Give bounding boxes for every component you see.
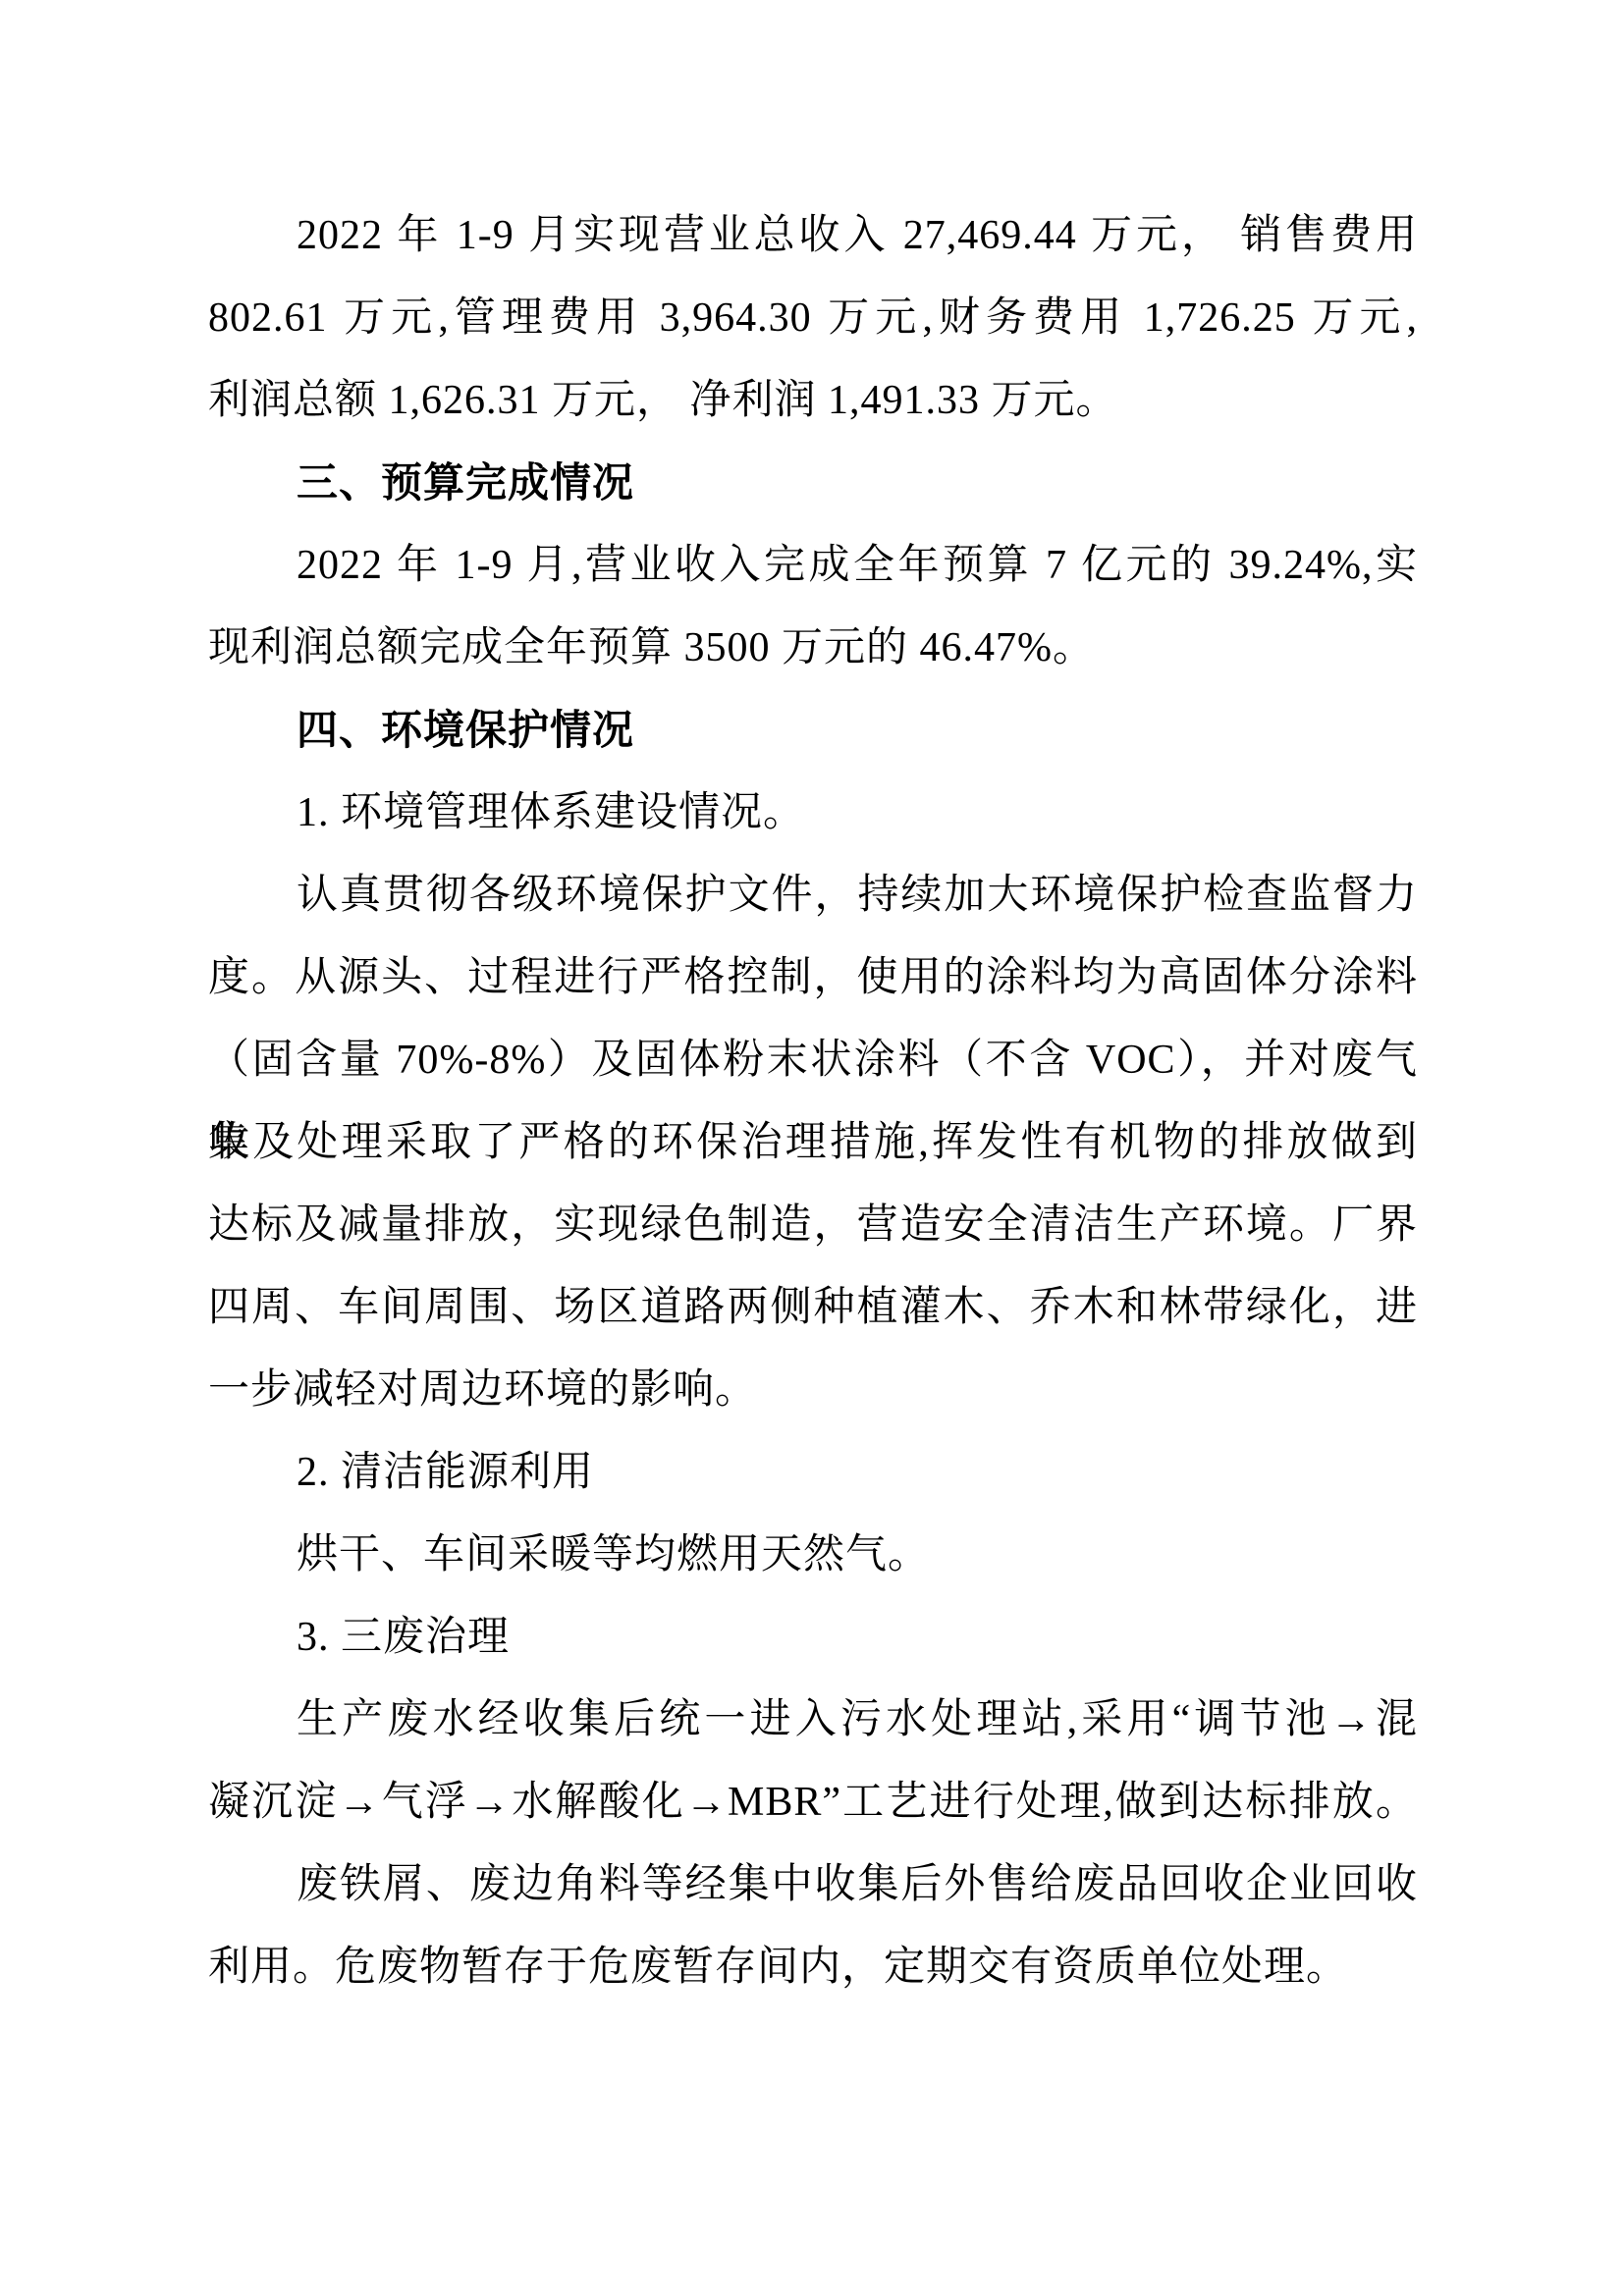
text-line: 802.61 万元,管理费用 3,964.30 万元,财务费用 1,726.25… xyxy=(208,277,1418,359)
text-line: 烘干、车间采暖等均燃用天然气。 xyxy=(208,1514,1418,1596)
section-heading: 四、环境保护情况 xyxy=(208,689,1418,772)
document-page: 2022 年 1-9 月实现营业总收入 27,469.44 万元， 销售费用80… xyxy=(0,0,1624,2296)
text-line: 达标及减量排放，实现绿色制造，营造安全清洁生产环境。厂界 xyxy=(208,1184,1418,1266)
text-line: 3. 三废治理 xyxy=(208,1596,1418,1679)
text-line: 利润总额 1,626.31 万元， 净利润 1,491.33 万元。 xyxy=(208,359,1418,442)
text-line: （固含量 70%-8%）及固体粉末状涂料（不含 VOC），并对废气收 xyxy=(208,1019,1418,1101)
report-text-block: 2022 年 1-9 月实现营业总收入 27,469.44 万元， 销售费用80… xyxy=(208,194,1418,2008)
text-line: 凝沉淀→气浮→水解酸化→MBR”工艺进行处理,做到达标排放。 xyxy=(208,1761,1418,1843)
text-line: 1. 环境管理体系建设情况。 xyxy=(208,772,1418,854)
text-line: 一步减轻对周边环境的影响。 xyxy=(208,1349,1418,1431)
section-heading: 三、预算完成情况 xyxy=(208,442,1418,524)
text-line: 四周、车间周围、场区道路两侧种植灌木、乔木和林带绿化，进 xyxy=(208,1266,1418,1349)
text-line: 废铁屑、废边角料等经集中收集后外售给废品回收企业回收 xyxy=(208,1843,1418,1926)
text-line: 现利润总额完成全年预算 3500 万元的 46.47%。 xyxy=(208,607,1418,689)
text-line: 生产废水经收集后统一进入污水处理站,采用“调节池→混 xyxy=(208,1679,1418,1761)
text-line: 认真贯彻各级环境保护文件，持续加大环境保护检查监督力 xyxy=(208,854,1418,936)
text-line: 2022 年 1-9 月实现营业总收入 27,469.44 万元， 销售费用 xyxy=(208,194,1418,277)
text-line: 利用。危废物暂存于危废暂存间内，定期交有资质单位处理。 xyxy=(208,1926,1418,2008)
text-line: 度。从源头、过程进行严格控制，使用的涂料均为高固体分涂料 xyxy=(208,936,1418,1019)
text-line: 2022 年 1-9 月,营业收入完成全年预算 7 亿元的 39.24%,实 xyxy=(208,524,1418,607)
text-line: 集及处理采取了严格的环保治理措施,挥发性有机物的排放做到 xyxy=(208,1101,1418,1184)
text-line: 2. 清洁能源利用 xyxy=(208,1431,1418,1514)
